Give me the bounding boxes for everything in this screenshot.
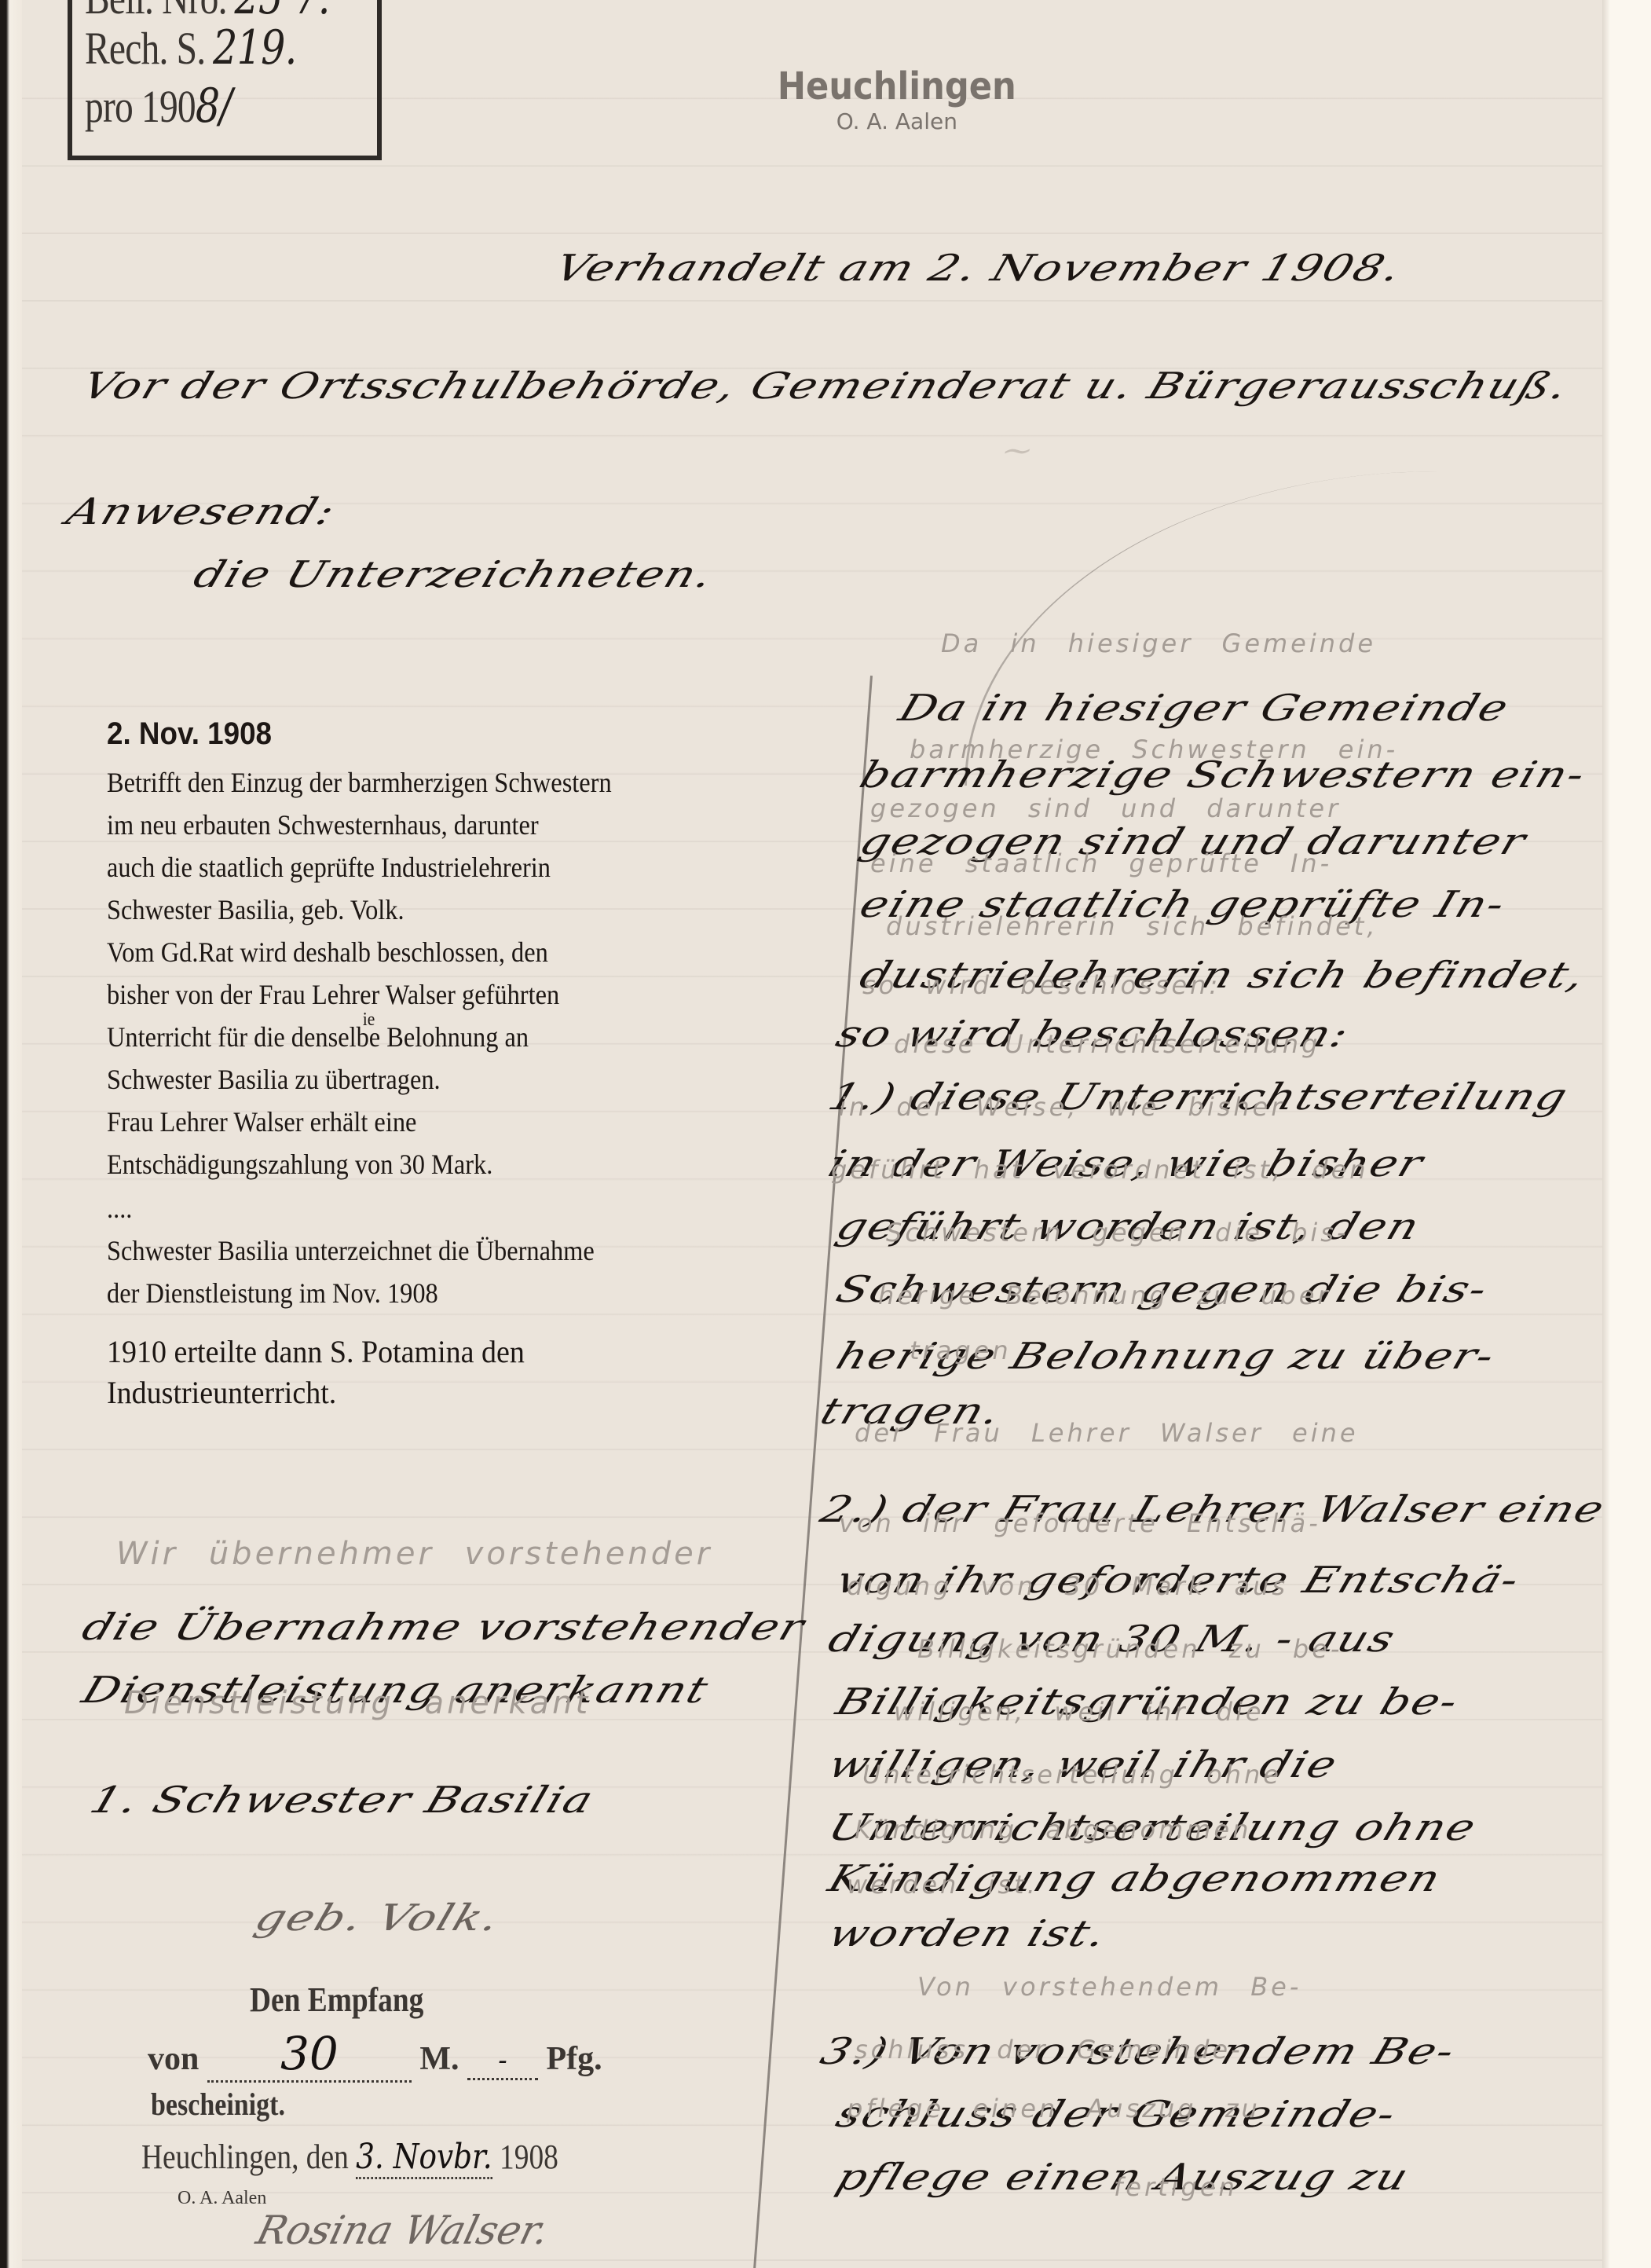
transcription-summary: 2. Nov. 1908 Betrifft den Einzug der bar… — [107, 716, 845, 1413]
summary-line: Betrifft den Einzug der barmherzigen Sch… — [107, 761, 771, 804]
ledger-stamp-line-rechnung: Rech. S.219. — [85, 20, 296, 75]
pencil-line: Da in hiesiger Gemeinde — [941, 628, 1376, 658]
pencil-line: in der Weise, wie bisher — [839, 1092, 1285, 1122]
letterhead-stamp: Heuchlingen O. A. Aalen — [764, 64, 1030, 134]
summary-signed-line: der Dienstleistung im Nov. 1908 — [107, 1272, 771, 1314]
pencil-line: der Frau Lehrer Walser eine — [855, 1418, 1359, 1448]
pencil-line: pflege einen Auszug zu — [847, 2094, 1261, 2123]
pencil-line: Schwestern gegen die bis- — [886, 1218, 1349, 1248]
summary-signed-line: Schwester Basilia unterzeichnet die Über… — [107, 1229, 771, 1272]
pencil-line: Dienstleistung anerkant — [124, 1685, 591, 1721]
pencil-line: von ihr geforderte Entschä- — [839, 1508, 1321, 1538]
kurrent-line: Da in hiesiger Gemeinde — [894, 687, 1515, 729]
summary-line: ie Unterricht für die denselbe Belohnung… — [107, 1016, 771, 1058]
pencil-line: herige Belohnung zu über — [878, 1281, 1331, 1310]
bleed-through-text: ~ — [996, 433, 1041, 468]
receipt-place-date: Heuchlingen, den 3. Novbr. 1908 — [141, 2137, 558, 2177]
pencil-line: eine staatlich geprüfte In- — [870, 848, 1332, 878]
summary-date: 2. Nov. 1908 — [107, 716, 786, 752]
signature-rosina-walser: Rosina Walser. — [252, 2208, 554, 2253]
receipt-amount: von 30 M. - Pfg. — [148, 2027, 602, 2083]
pencil-line: Unterrichtserteilung ohne — [862, 1760, 1282, 1790]
receipt-district: O. A. Aalen — [178, 2188, 266, 2209]
pencil-line: fertigen — [1114, 2172, 1238, 2202]
pencil-line: digung von 30 Mark aus — [847, 1571, 1288, 1601]
kurrent-acceptance-line: die Übernahme vorstehender — [77, 1606, 811, 1648]
receipt-title: Den Empfang — [250, 1980, 423, 2020]
summary-later-line: 1910 erteilte dann S. Potamina den — [107, 1332, 808, 1372]
pencil-line: so wird beschlossen: — [862, 970, 1221, 1000]
pencil-line: Von vorstehendem Be- — [917, 1972, 1301, 2002]
summary-later-line: Industrieunterricht. — [107, 1372, 808, 1413]
kurrent-signature-line: geb. Volk. — [250, 1896, 507, 1939]
pencil-line: gezogen sind und darunter — [870, 793, 1341, 823]
kurrent-line: barmherzige Schwestern ein- — [855, 753, 1592, 796]
kurrent-signature-line: 1. Schwester Basilia — [85, 1779, 600, 1821]
summary-insert-mark: ie — [363, 998, 375, 1041]
scan-left-edge — [0, 0, 22, 2268]
summary-line: Schwester Basilia zu übertragen. — [107, 1058, 771, 1101]
pencil-line: diese Unterrichtserteilung — [894, 1029, 1320, 1059]
handwritten-attendees: Vor der Ortsschulbehörde, Gemeinderat u.… — [77, 365, 1575, 407]
handwritten-heading: Verhandelt am 2. November 1908. — [550, 247, 1408, 289]
letterhead-district: O. A. Aalen — [764, 108, 1030, 134]
summary-line: im neu erbauten Schwesternhaus, darunter — [107, 804, 771, 846]
receipt-pfennig-value: - — [498, 2045, 507, 2076]
pencil-line: schluss der Gemeinde- — [855, 2035, 1243, 2065]
pencil-line: tragen — [910, 1336, 1012, 1365]
pencil-line: werden ist. — [847, 1870, 1038, 1900]
handwritten-present-value: die Unterzeichneten. — [189, 553, 719, 595]
summary-line: auch die staatlich geprüfte Industrieleh… — [107, 846, 771, 889]
kurrent-line: worden ist. — [823, 1912, 1113, 1955]
receipt-certified: bescheinigt. — [151, 2086, 285, 2123]
document-page: Beil. Nro.25 7. Rech. S.219. pro 1908/ H… — [22, 0, 1602, 2268]
pencil-line: dustrielehrerin sich befindet, — [886, 911, 1378, 941]
letterhead-place: Heuchlingen — [778, 64, 1016, 108]
handwritten-present-label: Anwesend: — [61, 490, 342, 533]
receipt-mark-value: 30 — [280, 2027, 339, 2080]
summary-ellipsis: .... — [107, 1187, 771, 1229]
summary-line: Schwester Basilia, geb. Volk. — [107, 889, 771, 931]
summary-line: bisher von der Frau Lehrer Walser geführ… — [107, 973, 771, 1016]
pencil-line: Kündigung abgenommen — [855, 1815, 1251, 1845]
ledger-stamp-box: Beil. Nro.25 7. Rech. S.219. pro 1908/ — [68, 0, 382, 160]
pencil-line: Billigkeitsgründen zu be- — [917, 1634, 1342, 1664]
scan-right-margin — [1602, 0, 1651, 2268]
pencil-line: Wir übernehmer vorstehender — [116, 1536, 712, 1572]
pencil-line: geführt hat verordnet ist, den — [831, 1155, 1369, 1185]
pencil-line: willigen, weil ihr die — [894, 1697, 1265, 1727]
summary-line: Frau Lehrer Walser erhält eine — [107, 1101, 771, 1143]
summary-line: Entschädigungszahlung von 30 Mark. — [107, 1143, 771, 1185]
summary-line: Vom Gd.Rat wird deshalb beschlossen, den — [107, 931, 771, 973]
ledger-stamp-line-year: pro 1908/ — [85, 79, 232, 134]
